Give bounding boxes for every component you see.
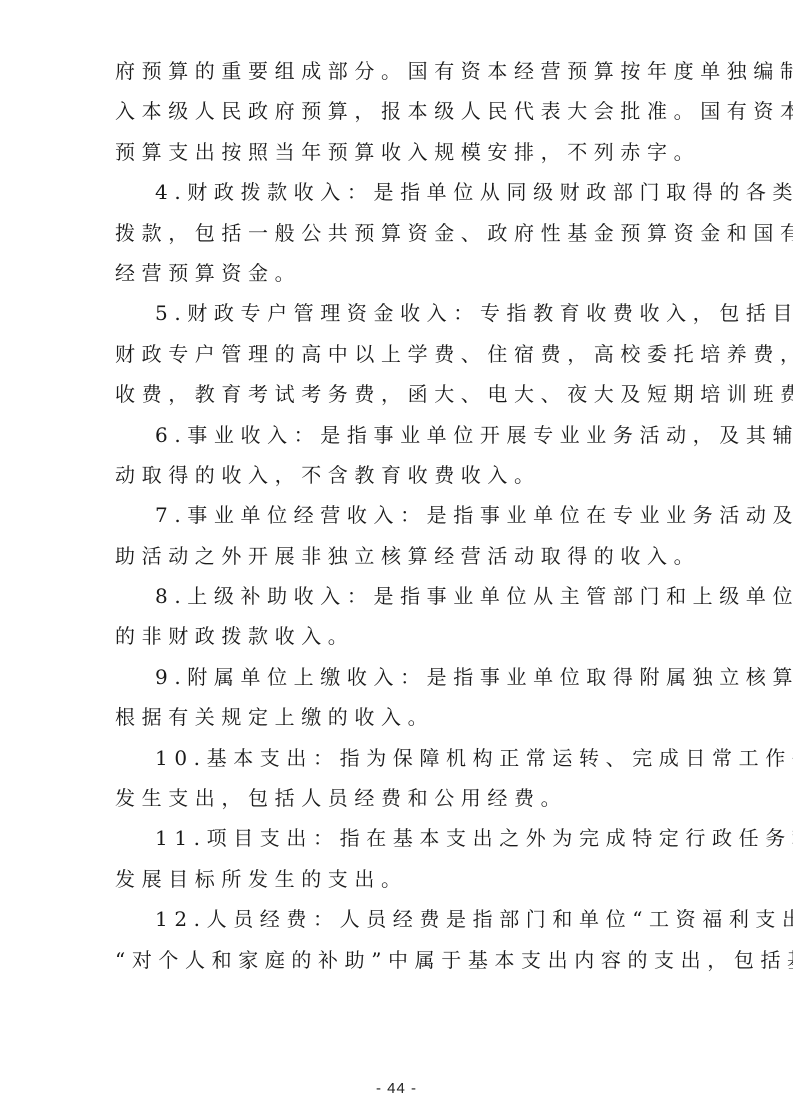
text-line: 预算支出按照当年预算收入规模安排，不列赤字。 (115, 132, 687, 172)
item-12-heading-line: 12.人员经费：人员经费是指部门和单位“工资福利支出”和 (115, 899, 687, 939)
text-line: 经营预算资金。 (115, 253, 687, 293)
document-body: 府预算的重要组成部分。国有资本经营预算按年度单独编制，纳 入本级人民政府预算，报… (115, 51, 687, 980)
text-line: 的非财政拨款收入。 (115, 616, 687, 656)
item-8-heading-line: 8.上级补助收入：是指事业单位从主管部门和上级单位取得 (115, 576, 687, 616)
item-7-heading-line: 7.事业单位经营收入：是指事业单位在专业业务活动及其辅 (115, 495, 687, 535)
page-number: - 44 - (0, 1080, 793, 1097)
text-line: 助活动之外开展非独立核算经营活动取得的收入。 (115, 536, 687, 576)
text-line: “对个人和家庭的补助”中属于基本支出内容的支出，包括基本 (115, 940, 687, 980)
text-line: 财政专户管理的高中以上学费、住宿费，高校委托培养费，党校 (115, 334, 687, 374)
text-line: 发展目标所发生的支出。 (115, 859, 687, 899)
item-10-heading-line: 10.基本支出：指为保障机构正常运转、完成日常工作任务而 (115, 738, 687, 778)
text-line: 动取得的收入，不含教育收费收入。 (115, 455, 687, 495)
text-line: 收费，教育考试考务费，函大、电大、夜大及短期培训班费等。 (115, 374, 687, 414)
item-5-heading-line: 5.财政专户管理资金收入：专指教育收费收入，包括目前在 (115, 293, 687, 333)
text-line: 府预算的重要组成部分。国有资本经营预算按年度单独编制，纳 (115, 51, 687, 91)
text-line: 拨款，包括一般公共预算资金、政府性基金预算资金和国有资本 (115, 213, 687, 253)
item-11-heading-line: 11.项目支出：指在基本支出之外为完成特定行政任务和事业 (115, 818, 687, 858)
text-line: 发生支出，包括人员经费和公用经费。 (115, 778, 687, 818)
item-4-heading-line: 4.财政拨款收入：是指单位从同级财政部门取得的各类财政 (115, 172, 687, 212)
item-6-heading-line: 6.事业收入：是指事业单位开展专业业务活动，及其辅助活 (115, 415, 687, 455)
item-9-heading-line: 9.附属单位上缴收入：是指事业单位取得附属独立核算单位 (115, 657, 687, 697)
text-line: 入本级人民政府预算，报本级人民代表大会批准。国有资本经营 (115, 91, 687, 131)
text-line: 根据有关规定上缴的收入。 (115, 697, 687, 737)
